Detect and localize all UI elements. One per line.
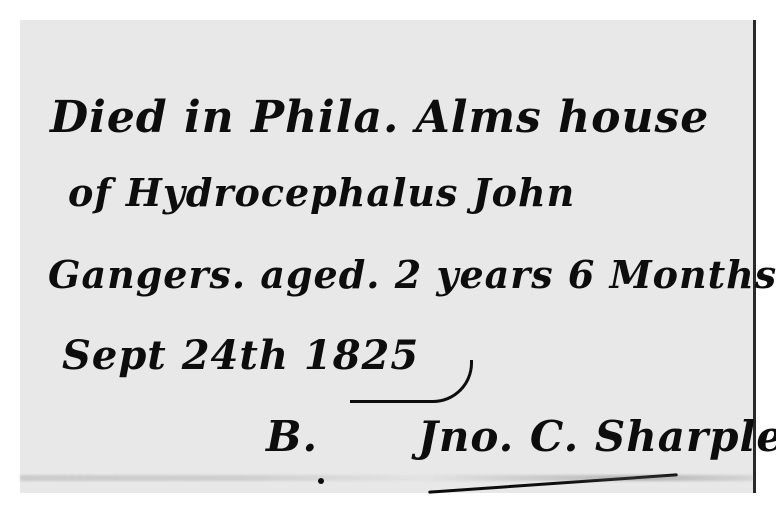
date-flourish <box>350 360 473 403</box>
signature: Jno. C. Sharpless <box>418 412 776 461</box>
signature-underline <box>428 473 678 493</box>
initial-mark: B. <box>266 412 318 461</box>
ink-dot <box>318 478 324 484</box>
text-line-1: Died in Phila. Alms house <box>50 92 709 143</box>
text-line-2: of Hydrocephalus John <box>68 170 575 215</box>
document-card: Died in Phila. Alms house of Hydrocephal… <box>20 20 756 493</box>
text-line-3: Gangers. aged. 2 years 6 Months <box>48 252 776 297</box>
